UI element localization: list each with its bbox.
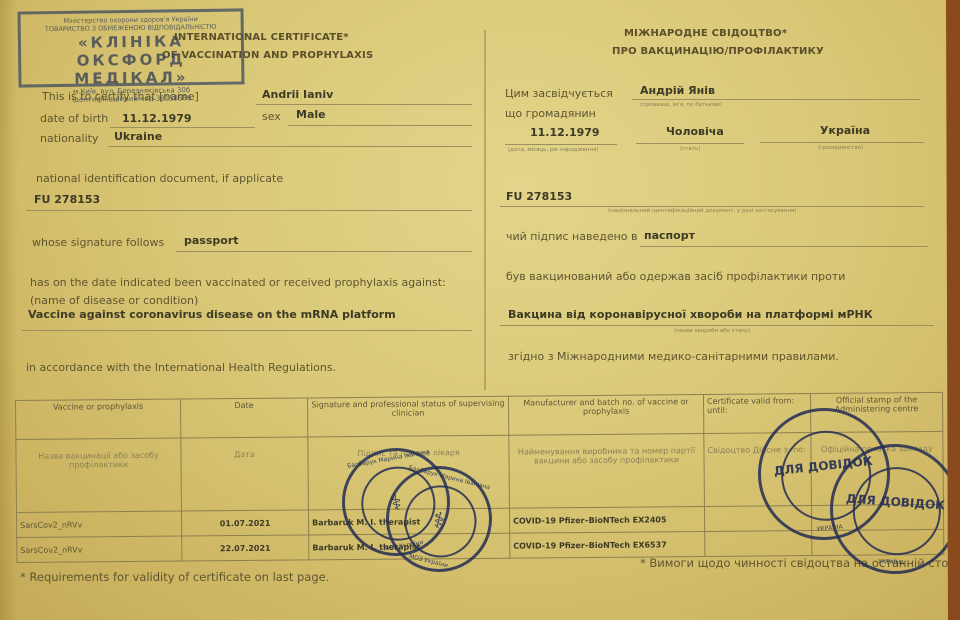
ua-regulations: згідно з Міжнародними медико-санітарними… — [508, 350, 839, 363]
ua-id-hint: (національний ідентифікаційний документ,… — [608, 208, 796, 214]
ua-nationality-hint: (громадянство) — [818, 145, 863, 151]
en-vaccinated-label: has on the date indicated been vaccinate… — [30, 276, 446, 289]
en-footnote: * Requirements for validity of certifica… — [20, 570, 329, 584]
col-header-clinician: Signature and professional status of sup… — [307, 396, 508, 437]
en-sex-underline — [288, 125, 472, 126]
en-id-label: national identification document, if app… — [36, 172, 283, 185]
ua-disease-hint: (назва хвороби або стану) — [674, 328, 750, 334]
certificate-page: INTERNATIONAL CERTIFICATE* OF VACCINATIO… — [0, 0, 948, 620]
ua-sex-value: Чоловіча — [666, 125, 724, 138]
col-header-ua-vaccine: Назва вакцинації або засобу профілактики — [16, 438, 182, 512]
cell-manufacturer: COVID-19 Pfizer–BioNTech EX2405 — [509, 506, 704, 533]
col-header-ua-date: Дата — [181, 437, 309, 511]
col-header-manufacturer: Manufacturer and batch no. of vaccine or… — [508, 394, 703, 435]
ua-certify-label1: Цим засвідчується — [505, 87, 613, 100]
en-nationality-value: Ukraine — [114, 130, 162, 143]
cell-vaccine: SarsCov2_nRVv — [17, 536, 182, 562]
ua-vaccinated-label: був вакцинований або одержав засіб профі… — [506, 270, 845, 283]
en-sex-value: Male — [296, 108, 326, 121]
clinic-rectangular-stamp: Міністерство охорони здоров'я України ТО… — [17, 8, 244, 87]
ua-sex-underline — [636, 143, 744, 144]
ua-nationality-value: Україна — [820, 124, 870, 137]
stamp-line4: ОКСФОРД МЕДІКАЛ» — [21, 49, 241, 88]
cell-date: 22.07.2021 — [182, 535, 309, 561]
en-id-value: FU 278153 — [34, 193, 100, 206]
stamp-line6: Ідентифікаційний код 38158586 — [22, 93, 242, 104]
en-sex-label: sex — [262, 110, 281, 123]
ua-name-underline — [632, 99, 920, 100]
en-nationality-label: nationality — [40, 132, 98, 145]
ua-disease-value: Вакцина від коронавірусної хвороби на пл… — [508, 308, 873, 321]
ua-sex-hint: (стать) — [680, 146, 700, 152]
col-header-date: Date — [180, 398, 307, 438]
cell-vaccine: SarsCov2_nRVv — [16, 511, 181, 537]
ua-id-value: FU 278153 — [506, 190, 572, 203]
en-dob-value: 11.12.1979 — [122, 112, 192, 125]
col-header-ua-manufacturer: Найменування виробника та номер партії в… — [509, 433, 705, 508]
en-name-underline — [256, 104, 472, 105]
en-disease-label: (name of disease or condition) — [30, 294, 198, 307]
en-id-underline — [26, 210, 472, 211]
ua-nationality-underline — [760, 142, 924, 143]
ua-dob-value: 11.12.1979 — [530, 126, 600, 139]
ua-id-underline — [500, 206, 924, 207]
ua-certify-label2: що громадянин — [505, 107, 596, 120]
en-signature-value: passport — [184, 234, 239, 247]
ua-name-hint: (прізвище, ім'я, по батькові) — [640, 102, 722, 108]
en-regulations: in accordance with the International Hea… — [26, 361, 336, 374]
en-signature-label: whose signature follows — [32, 236, 164, 249]
ua-name-value: Андрій Янів — [640, 84, 715, 97]
en-name-value: Andrii Ianiv — [262, 88, 333, 101]
center-fold-line — [484, 30, 486, 390]
ua-title-line2: ПРО ВАКЦИНАЦІЮ/ПРОФІЛАКТИКУ — [612, 46, 824, 57]
ua-title-line1: МІЖНАРОДНЕ СВІДОЦТВО* — [624, 28, 787, 39]
ua-signature-label: чий підпис наведено в — [506, 230, 638, 243]
ua-dob-underline — [505, 144, 617, 145]
ua-disease-underline — [500, 325, 934, 326]
en-disease-value: Vaccine against coronavirus disease on t… — [28, 308, 396, 321]
ua-signature-underline — [640, 246, 928, 247]
ua-dob-hint: (дата, місяць, рік народження) — [508, 147, 599, 153]
en-dob-label: date of birth — [40, 112, 108, 125]
en-signature-underline — [176, 251, 472, 252]
cell-manufacturer: COVID-19 Pfizer–BioNTech EX6537 — [510, 531, 705, 558]
col-header-vaccine: Vaccine or prophylaxis — [16, 399, 181, 439]
en-nationality-underline — [108, 146, 472, 147]
en-disease-underline — [22, 330, 472, 331]
cell-date: 01.07.2021 — [181, 510, 308, 536]
en-dob-underline — [110, 127, 255, 128]
ua-signature-value: паспорт — [644, 229, 695, 242]
